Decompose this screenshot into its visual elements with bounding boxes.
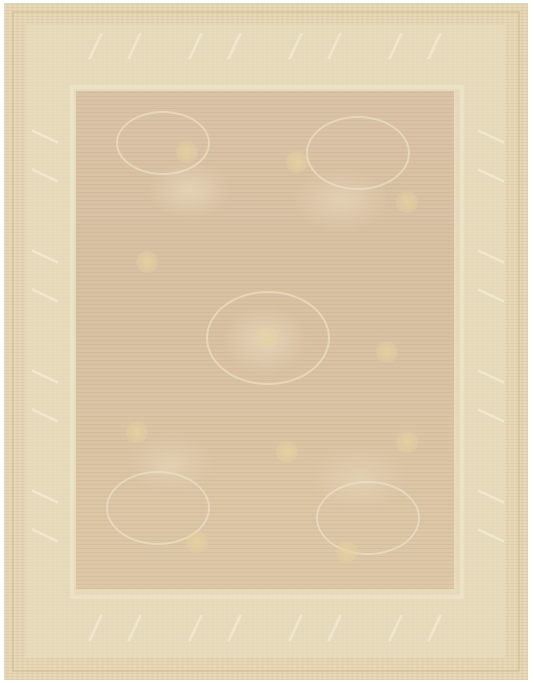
field-flower xyxy=(376,341,398,363)
border-motif xyxy=(478,489,504,543)
rug-field xyxy=(76,91,454,589)
field-flower xyxy=(336,541,358,563)
field-flower xyxy=(186,531,208,553)
field-flower xyxy=(136,251,158,273)
field-vine xyxy=(316,481,420,555)
border-motif xyxy=(388,33,442,59)
field-vine xyxy=(116,111,210,175)
field-flower xyxy=(276,441,298,463)
field-vine xyxy=(306,116,410,190)
rug xyxy=(4,3,528,680)
border-motif xyxy=(32,369,58,423)
border-motif xyxy=(478,249,504,303)
field-flower xyxy=(126,421,148,443)
border-motif xyxy=(32,129,58,183)
border-motif xyxy=(32,489,58,543)
field-flower xyxy=(286,151,308,173)
border-motif xyxy=(288,615,342,641)
border-motif xyxy=(88,33,142,59)
field-flower xyxy=(256,326,278,348)
border-motif xyxy=(288,33,342,59)
border-motif xyxy=(478,369,504,423)
border-motif xyxy=(188,33,242,59)
border-motif xyxy=(478,129,504,183)
field-flower xyxy=(396,431,418,453)
field-flower xyxy=(396,191,418,213)
border-motif xyxy=(388,615,442,641)
border-motif xyxy=(88,615,142,641)
field-flower xyxy=(176,141,198,163)
border-motif xyxy=(32,249,58,303)
border-motif xyxy=(188,615,242,641)
